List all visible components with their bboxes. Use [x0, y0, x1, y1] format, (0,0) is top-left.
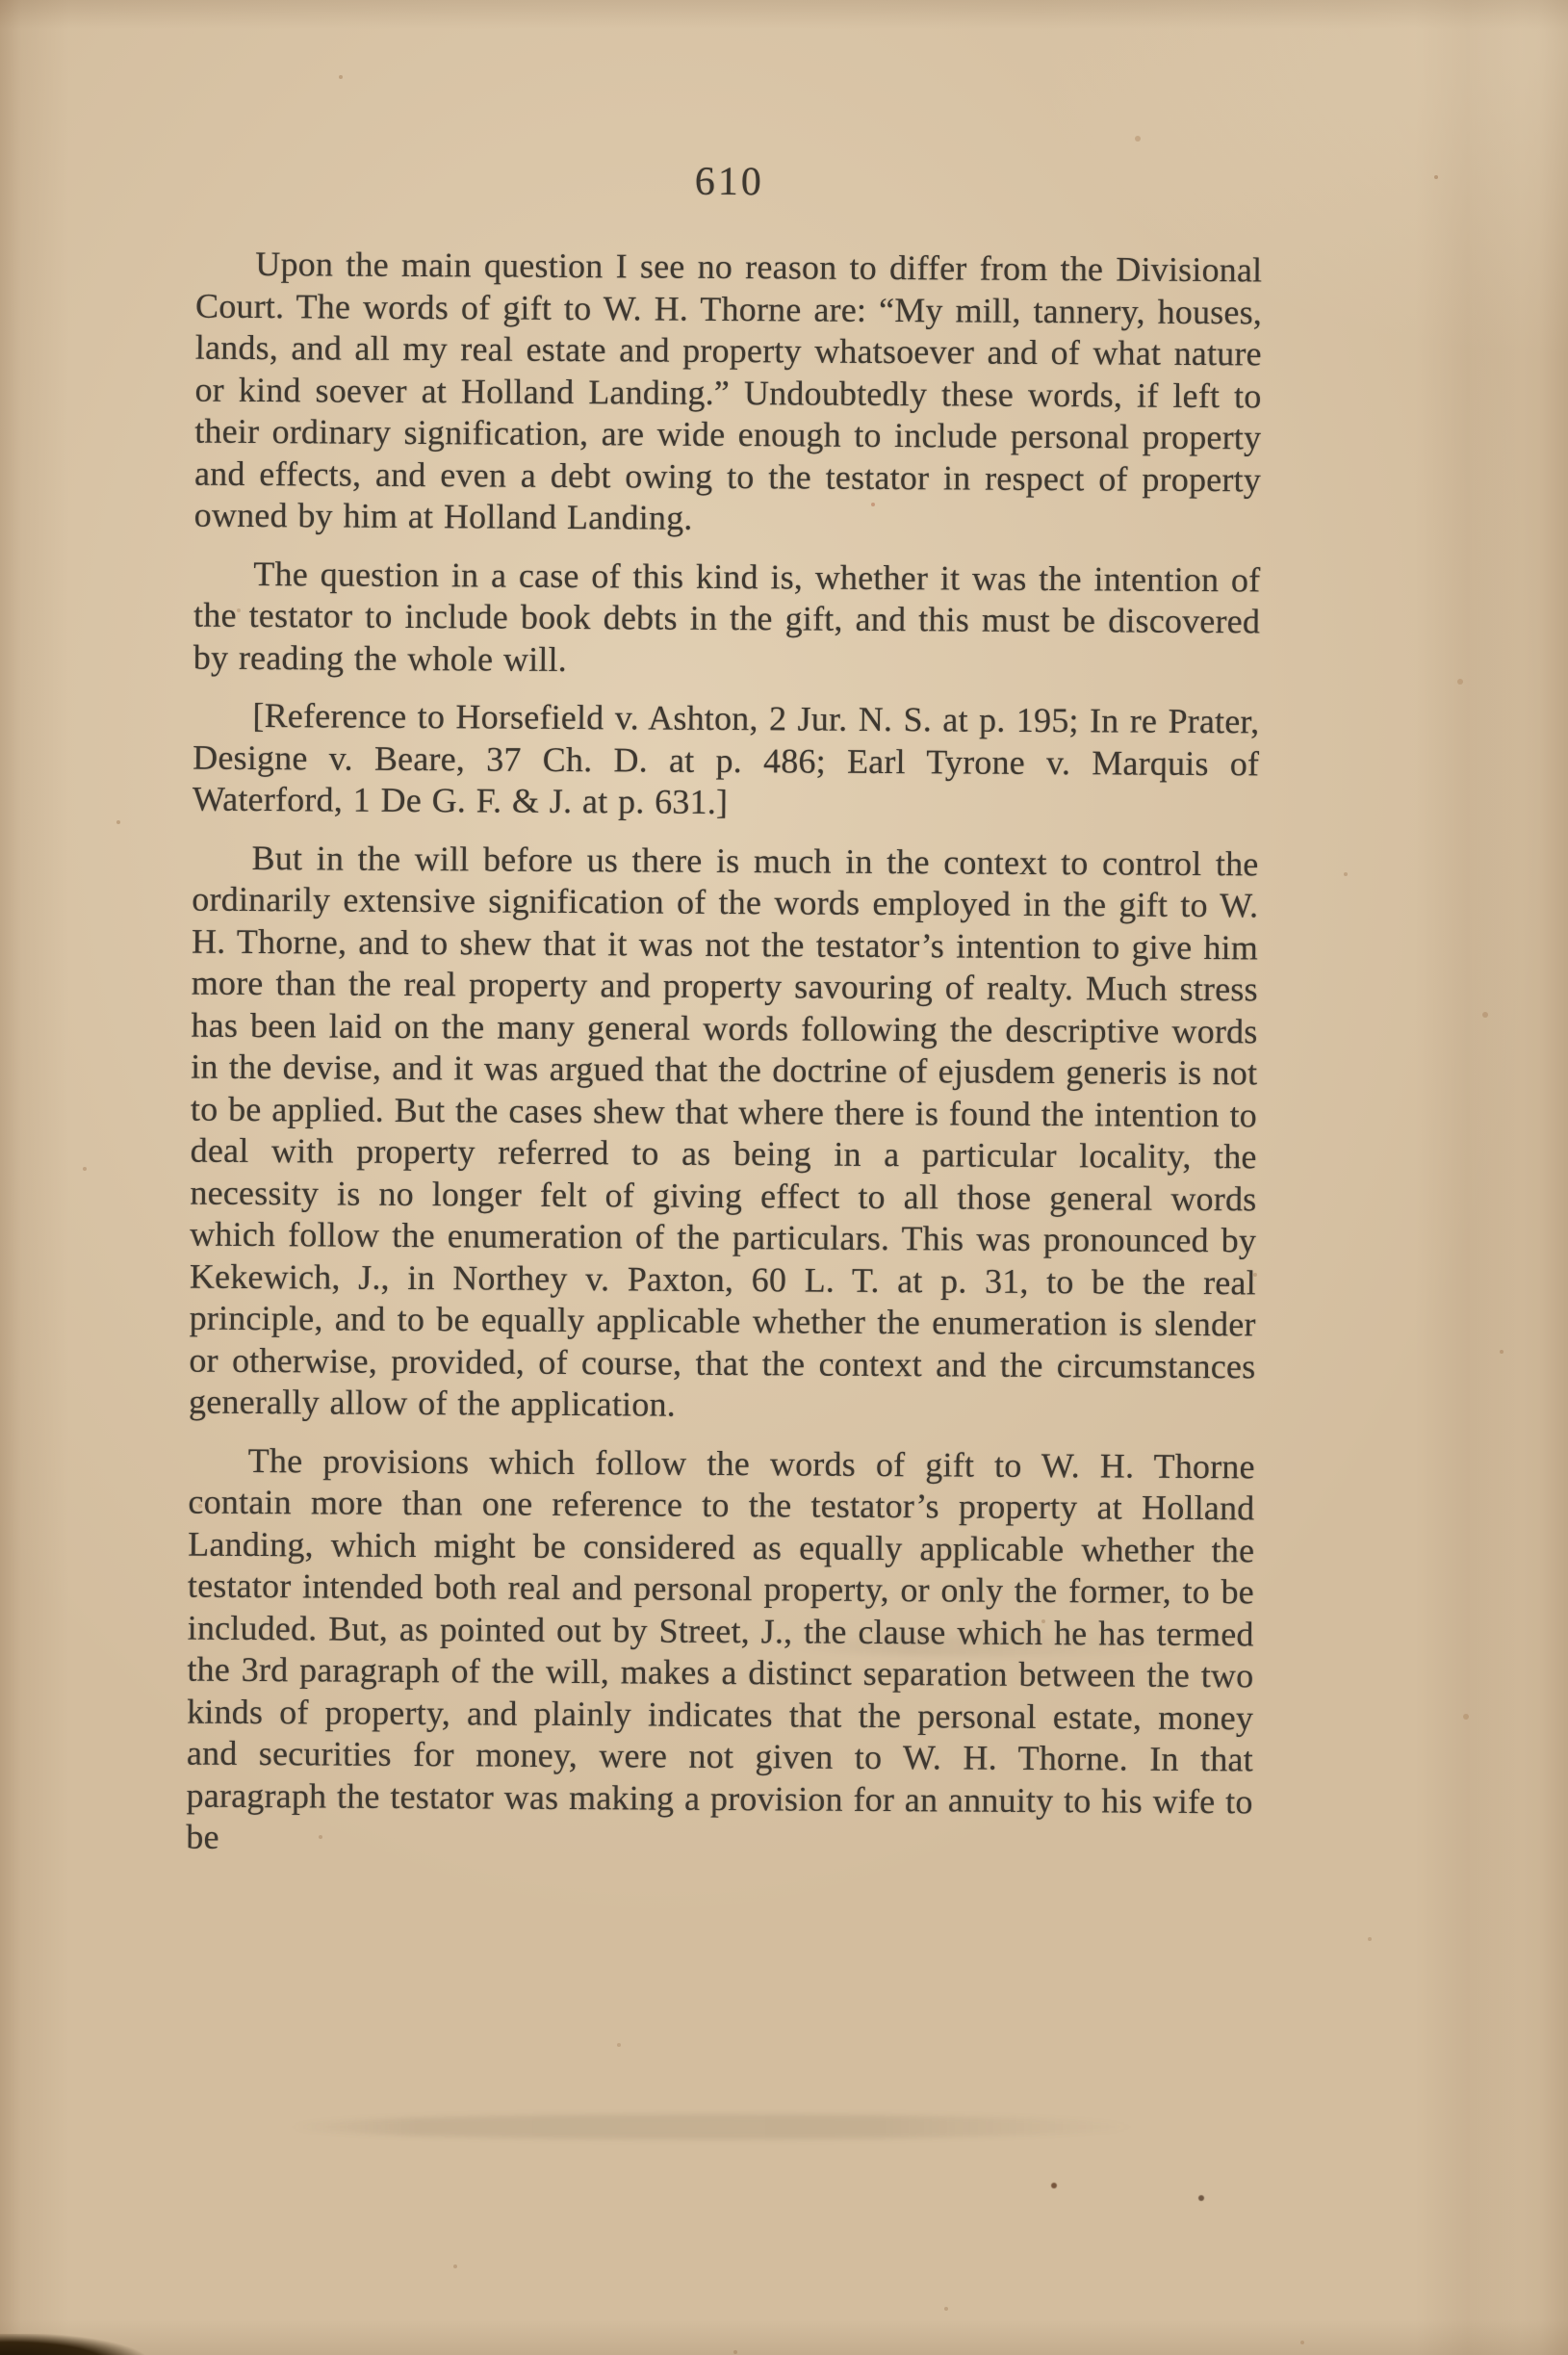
bottom-corner-page-edge-shadow: [0, 2334, 144, 2355]
paragraph-context-of-will: But in the will before us there is much …: [189, 837, 1259, 1430]
page-number: 610: [196, 159, 1263, 206]
paper-speckles: [0, 0, 4, 4]
paragraph-main-question: Upon the main question I see no reason t…: [194, 244, 1263, 543]
text-block: 610 Upon the main question I see no reas…: [186, 159, 1263, 1865]
ink-showthrough-smudge: [289, 2114, 1136, 2139]
paragraph-provisions-following-gift: The provisions which follow the words of…: [186, 1439, 1255, 1865]
paragraph-case-references: [Reference to Horsefield v. Ashton, 2 Ju…: [193, 695, 1260, 827]
paragraph-question-of-intention: The question in a case of this kind is, …: [193, 553, 1261, 685]
scanned-book-page: 610 Upon the main question I see no reas…: [0, 0, 1568, 2355]
